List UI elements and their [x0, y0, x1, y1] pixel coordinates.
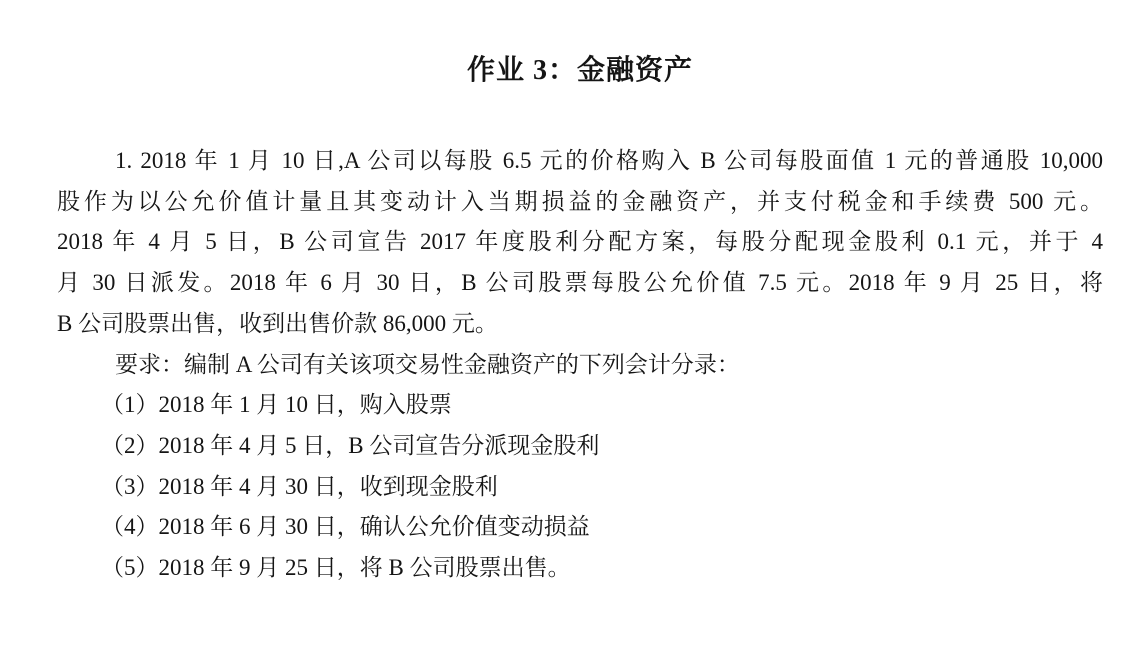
- list-item-3: （3）2018 年 4 月 30 日，收到现金股利: [57, 467, 1103, 508]
- problem-line-2: 股作为以公允价值计量且其变动计入当期损益的金融资产，并支付税金和手续费 500 …: [57, 182, 1103, 223]
- problem-line-3: 2018 年 4 月 5 日，B 公司宣告 2017 年度股利分配方案，每股分配…: [57, 222, 1103, 263]
- problem-line-5: B 公司股票出售，收到出售价款 86,000 元。: [57, 304, 1103, 345]
- problem-statement: 1. 2018 年 1 月 10 日,A 公司以每股 6.5 元的价格购入 B …: [57, 141, 1103, 345]
- document-title: 作业 3：金融资产: [57, 52, 1103, 90]
- requirement-section: 要求：编制 A 公司有关该项交易性金融资产的下列会计分录： （1）2018 年 …: [57, 345, 1103, 589]
- list-item-2: （2）2018 年 4 月 5 日，B 公司宣告分派现金股利: [57, 426, 1103, 467]
- list-item-5: （5）2018 年 9 月 25 日，将 B 公司股票出售。: [57, 548, 1103, 589]
- document-content: 作业 3：金融资产 1. 2018 年 1 月 10 日,A 公司以每股 6.5…: [0, 0, 1125, 589]
- list-item-4: （4）2018 年 6 月 30 日，确认公允价值变动损益: [57, 507, 1103, 548]
- list-item-1: （1）2018 年 1 月 10 日，购入股票: [57, 385, 1103, 426]
- problem-line-1: 1. 2018 年 1 月 10 日,A 公司以每股 6.5 元的价格购入 B …: [57, 141, 1103, 182]
- document-page: 作业 3：金融资产 1. 2018 年 1 月 10 日,A 公司以每股 6.5…: [0, 0, 1125, 651]
- requirement-line: 要求：编制 A 公司有关该项交易性金融资产的下列会计分录：: [57, 345, 1103, 386]
- problem-line-4: 月 30 日派发。2018 年 6 月 30 日，B 公司股票每股公允价值 7.…: [57, 263, 1103, 304]
